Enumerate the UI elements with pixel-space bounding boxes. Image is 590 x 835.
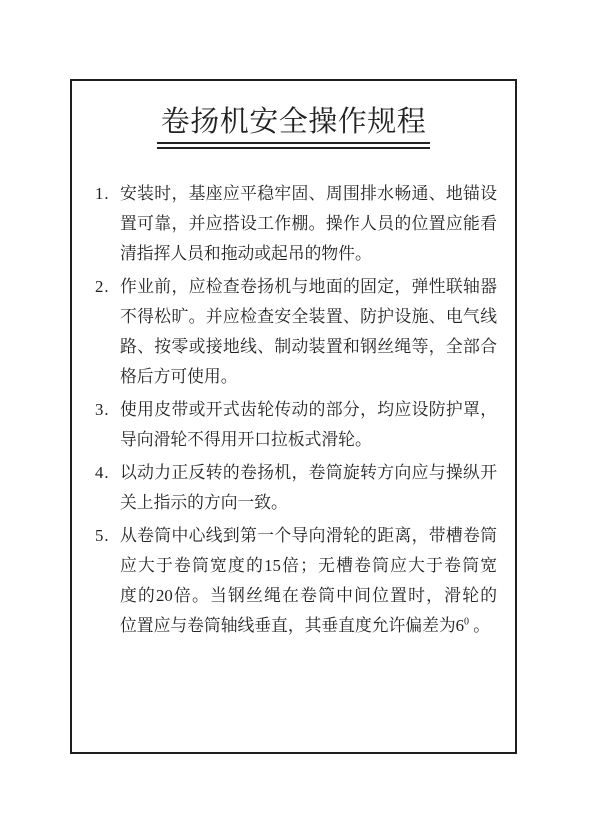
rules-list: 1. 安装时，基座应平稳牢固、周围排水畅通、地锚设 置可靠，并应搭设工作棚。操作… xyxy=(72,179,515,641)
text-line: 不得松旷。并应检查安全装置、防护设施、电气线 xyxy=(120,302,497,332)
text-line: 清指挥人员和拖动或起吊的物件。 xyxy=(120,239,497,269)
text-line: 从卷筒中心线到第一个导向滑轮的距离，带槽卷筒 xyxy=(120,521,497,551)
text-line: 度的20倍。当钢丝绳在卷筒中间位置时，滑轮的 xyxy=(120,581,497,611)
document-title: 卷扬机安全操作规程 xyxy=(157,108,431,144)
text-line: 安装时，基座应平稳牢固、周围排水畅通、地锚设 xyxy=(120,179,497,209)
rule-number: 4. xyxy=(95,458,110,488)
rule-item-2: 2. 作业前，应检查卷扬机与地面的固定，弹性联轴器 不得松旷。并应检查安全装置、… xyxy=(95,272,497,392)
text-line: 以动力正反转的卷扬机，卷筒旋转方向应与操纵开 xyxy=(120,458,497,488)
text-line: 置可靠，并应搭设工作棚。操作人员的位置应能看 xyxy=(120,209,497,239)
rule-number: 3. xyxy=(95,395,110,425)
rule-item-1: 1. 安装时，基座应平稳牢固、周围排水畅通、地锚设 置可靠，并应搭设工作棚。操作… xyxy=(95,179,497,269)
text-line: 使用皮带或开式齿轮传动的部分，均应设防护罩， xyxy=(120,395,497,425)
rule-text: 以动力正反转的卷扬机，卷筒旋转方向应与操纵开 关上指示的方向一致。 xyxy=(120,458,497,518)
document-page-frame: 卷扬机安全操作规程 1. 安装时，基座应平稳牢固、周围排水畅通、地锚设 置可靠，… xyxy=(70,79,517,754)
text-line: 应大于卷筒宽度的15倍；无槽卷筒应大于卷筒宽 xyxy=(120,551,497,581)
text-line: 关上指示的方向一致。 xyxy=(120,488,497,518)
text-line: 导向滑轮不得用开口拉板式滑轮。 xyxy=(120,425,497,455)
text-line: 路、按零或接地线、制动装置和钢丝绳等，全部合 xyxy=(120,332,497,362)
rule-item-5: 5. 从卷筒中心线到第一个导向滑轮的距离，带槽卷筒 应大于卷筒宽度的15倍；无槽… xyxy=(95,521,497,641)
rule-number: 2. xyxy=(95,272,110,302)
text-line: 位置应与卷筒轴线垂直，其垂直度允许偏差为60 。 xyxy=(120,611,497,641)
text-line: 格后方可使用。 xyxy=(120,362,497,392)
rule-number: 5. xyxy=(95,521,110,551)
rule-text: 从卷筒中心线到第一个导向滑轮的距离，带槽卷筒 应大于卷筒宽度的15倍；无槽卷筒应… xyxy=(120,521,497,641)
rule-item-4: 4. 以动力正反转的卷扬机，卷筒旋转方向应与操纵开 关上指示的方向一致。 xyxy=(95,458,497,518)
rule-text: 安装时，基座应平稳牢固、周围排水畅通、地锚设 置可靠，并应搭设工作棚。操作人员的… xyxy=(120,179,497,269)
text-segment: 。 xyxy=(469,616,490,635)
text-segment: 位置应与卷筒轴线垂直，其垂直度允许偏差为6 xyxy=(120,616,464,635)
rule-item-3: 3. 使用皮带或开式齿轮传动的部分，均应设防护罩， 导向滑轮不得用开口拉板式滑轮… xyxy=(95,395,497,455)
rule-number: 1. xyxy=(95,179,110,209)
rule-text: 使用皮带或开式齿轮传动的部分，均应设防护罩， 导向滑轮不得用开口拉板式滑轮。 xyxy=(120,395,497,455)
rule-text: 作业前，应检查卷扬机与地面的固定，弹性联轴器 不得松旷。并应检查安全装置、防护设… xyxy=(120,272,497,392)
text-line: 作业前，应检查卷扬机与地面的固定，弹性联轴器 xyxy=(120,272,497,302)
title-block: 卷扬机安全操作规程 xyxy=(72,108,515,144)
